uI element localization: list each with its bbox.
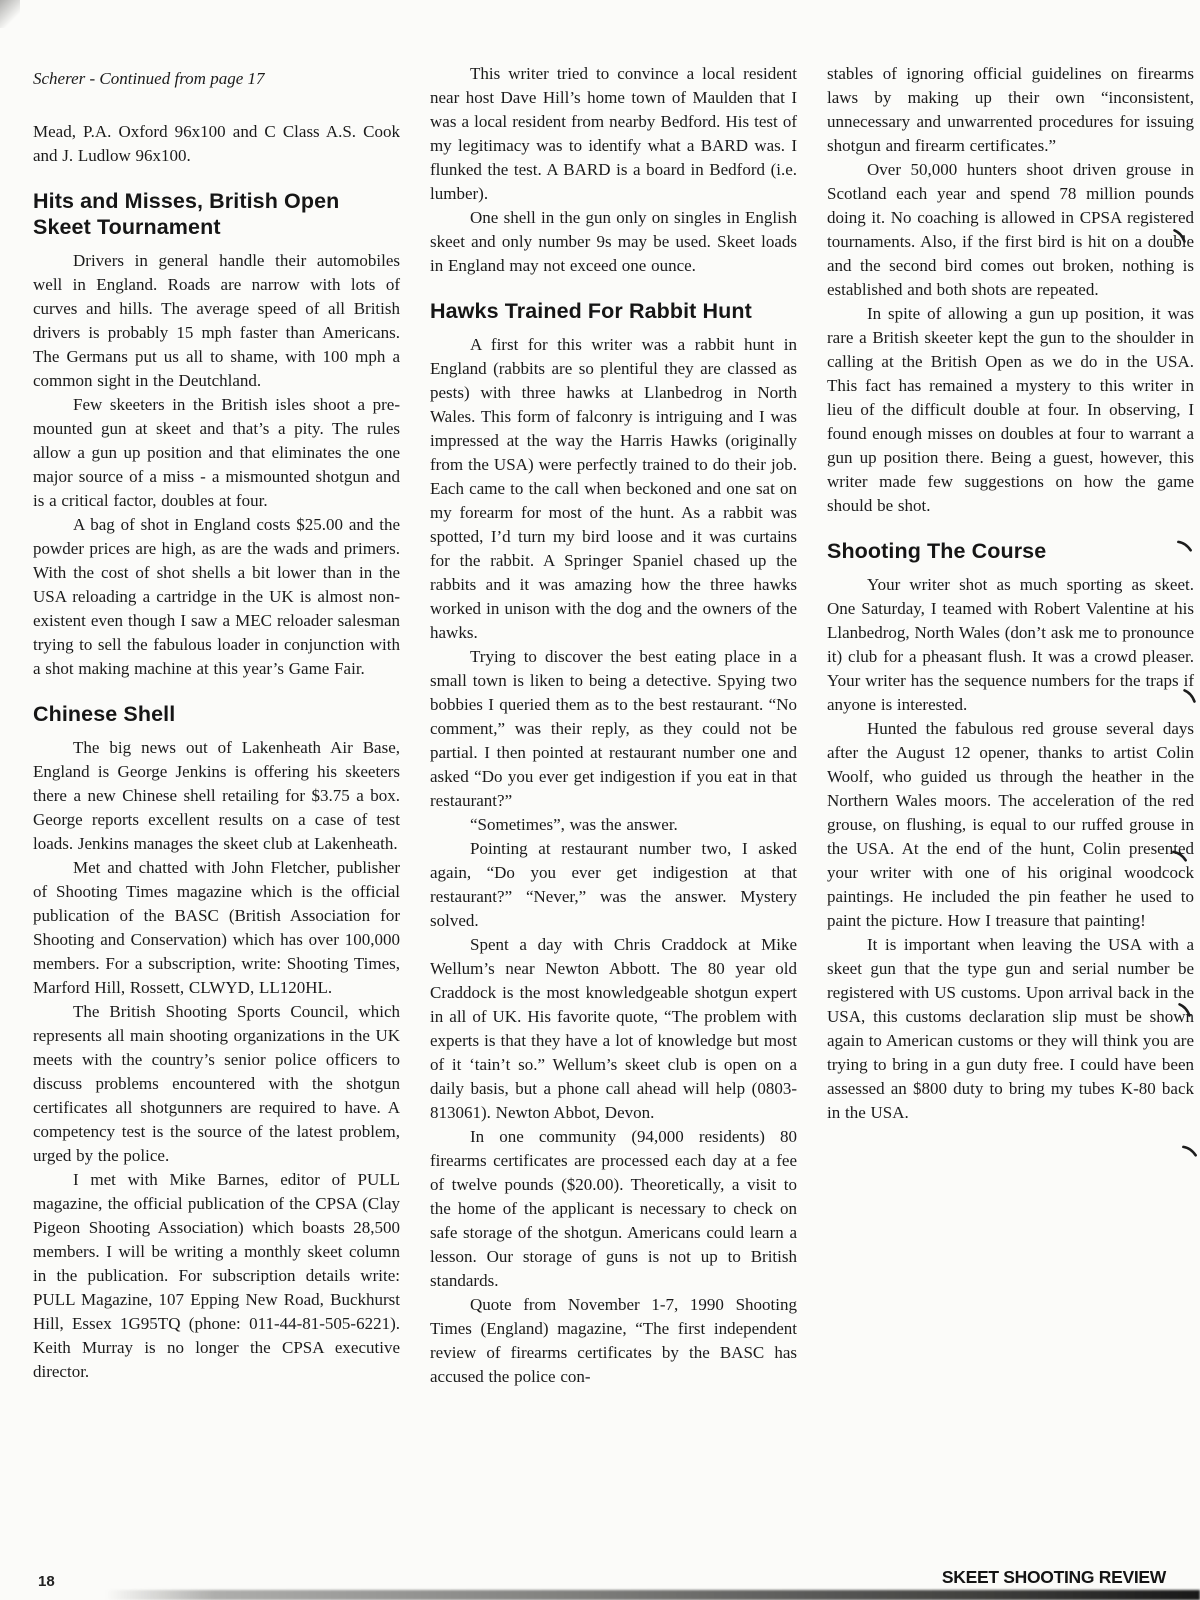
- magazine-page: Scherer - Continued from page 17Mead, P.…: [0, 0, 1200, 1600]
- scan-corner-smudge: [0, 0, 20, 28]
- body-paragraph: Few skeeters in the British isles shoot …: [33, 393, 400, 513]
- body-paragraph: The big news out of Lakenheath Air Base,…: [33, 736, 400, 856]
- article-column-left: Scherer - Continued from page 17Mead, P.…: [33, 62, 400, 1389]
- body-paragraph: One shell in the gun only on singles in …: [430, 206, 797, 278]
- scan-edge-artifact: [105, 1590, 1200, 1600]
- article-column-middle: This writer tried to convince a local re…: [430, 62, 797, 1389]
- body-paragraph: Trying to discover the best eating place…: [430, 645, 797, 813]
- body-paragraph: Pointing at restaurant number two, I ask…: [430, 837, 797, 933]
- section-heading: Shooting The Course: [827, 538, 1194, 564]
- body-paragraph: Drivers in general handle their automobi…: [33, 249, 400, 393]
- body-paragraph: A bag of shot in England costs $25.00 an…: [33, 513, 400, 681]
- body-paragraph: “Sometimes”, was the answer.: [430, 813, 797, 837]
- continued-from-note: Scherer - Continued from page 17: [33, 68, 400, 90]
- body-paragraph: Over 50,000 hunters shoot driven grouse …: [827, 158, 1194, 302]
- article-column-right: stables of ignoring official guidelines …: [827, 62, 1194, 1389]
- body-paragraph: Spent a day with Chris Craddock at Mike …: [430, 933, 797, 1125]
- magazine-title: SKEET SHOOTING REVIEW: [942, 1567, 1166, 1588]
- body-paragraph: Your writer shot as much sporting as ske…: [827, 573, 1194, 717]
- body-paragraph: Mead, P.A. Oxford 96x100 and C Class A.S…: [33, 120, 400, 168]
- body-paragraph: A first for this writer was a rabbit hun…: [430, 333, 797, 645]
- body-paragraph: This writer tried to convince a local re…: [430, 62, 797, 206]
- body-paragraph: Hunted the fabulous red grouse several d…: [827, 717, 1194, 933]
- body-paragraph: stables of ignoring official guidelines …: [827, 62, 1194, 158]
- article-columns: Scherer - Continued from page 17Mead, P.…: [33, 62, 1195, 1389]
- section-heading: Hawks Trained For Rabbit Hunt: [430, 298, 797, 324]
- body-paragraph: In spite of allowing a gun up position, …: [827, 302, 1194, 518]
- section-heading: Hits and Misses, British Open Skeet Tour…: [33, 188, 400, 240]
- page-number: 18: [38, 1573, 55, 1590]
- body-paragraph: The British Shooting Sports Council, whi…: [33, 1000, 400, 1168]
- body-paragraph: Met and chatted with John Fletcher, publ…: [33, 856, 400, 1000]
- section-heading: Chinese Shell: [33, 701, 400, 727]
- body-paragraph: Quote from November 1-7, 1990 Shooting T…: [430, 1293, 797, 1389]
- body-paragraph: In one community (94,000 residents) 80 f…: [430, 1125, 797, 1293]
- body-paragraph: It is important when leaving the USA wit…: [827, 933, 1194, 1125]
- body-paragraph: I met with Mike Barnes, editor of PULL m…: [33, 1168, 400, 1384]
